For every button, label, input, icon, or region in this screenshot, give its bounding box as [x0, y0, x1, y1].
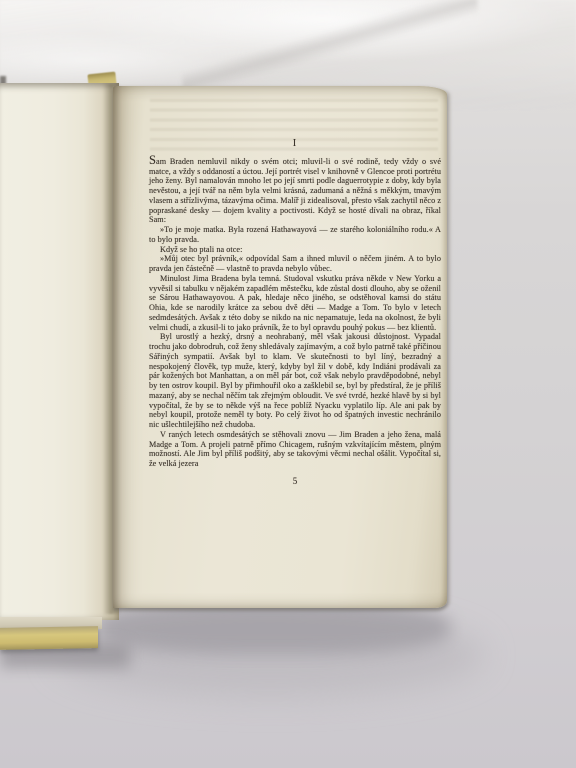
left-page-blank — [0, 83, 119, 620]
book-cast-shadow — [98, 602, 450, 654]
chapter-heading: I — [149, 139, 441, 149]
photo: I Sam Braden nemluvil nikdy o svém otci;… — [0, 0, 576, 768]
page-text: I Sam Braden nemluvil nikdy o svém otci;… — [149, 139, 441, 487]
gutter-crease — [103, 84, 121, 614]
cover-bottom-edge — [0, 626, 98, 650]
paragraph: Když se ho ptali na otce: — [149, 245, 441, 255]
paragraph: V raných letech osmdesátých se stěhovali… — [149, 430, 441, 469]
paragraph: »To je moje matka. Byla rozená Hathawayo… — [149, 225, 441, 245]
page-number: 5 — [149, 477, 441, 487]
paragraph: Byl urostlý a hezký, drsný a neohrabaný,… — [149, 332, 441, 430]
paragraph: »Můj otec byl právník,« odpovídal Sam a … — [149, 254, 441, 274]
paragraph: Sam Braden nemluvil nikdy o svém otci; m… — [149, 156, 441, 225]
paragraph: Minulost Jima Bradena byla temná. Studov… — [149, 274, 441, 333]
